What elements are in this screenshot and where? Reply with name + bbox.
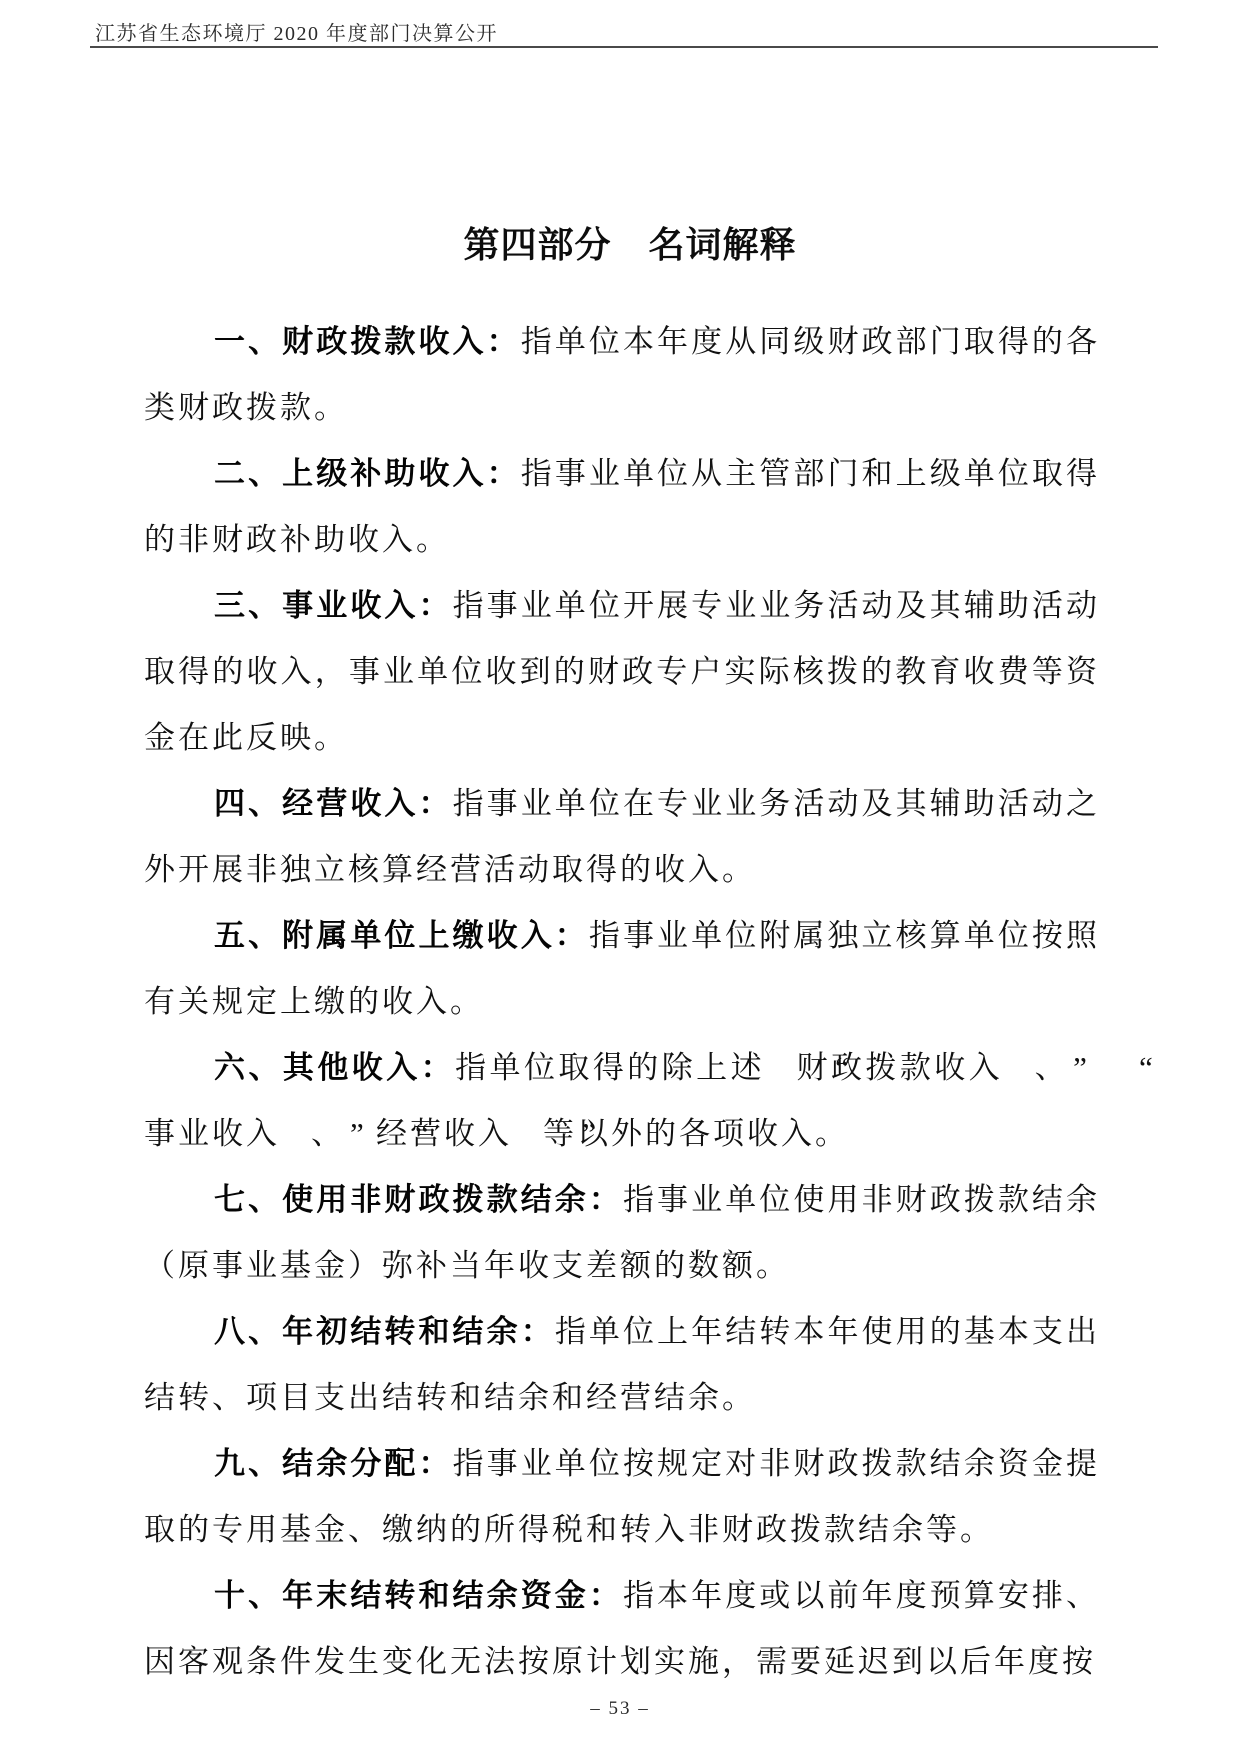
- definition-paragraph: 二、上级补助收入：指事业单位从主管部门和上级单位取得的非财政补助收入。: [144, 441, 1100, 573]
- definition-paragraph: 一、财政拨款收入：指单位本年度从同级财政部门取得的各类财政拨款。: [144, 309, 1100, 441]
- definition-term: 六、其他收入：: [214, 1050, 455, 1085]
- definition-paragraph: 八、年初结转和结余：指单位上年结转本年使用的基本支出结转、项目支出结转和结余和经…: [144, 1299, 1100, 1431]
- definition-term: 八、年初结转和结余：: [214, 1314, 555, 1349]
- definition-paragraph: 五、附属单位上缴收入：指事业单位附属独立核算单位按照有关规定上缴的收入。: [144, 903, 1100, 1035]
- definition-paragraph: 三、事业收入：指事业单位开展专业业务活动及其辅助活动取得的收入，事业单位收到的财…: [144, 573, 1100, 771]
- section-title: 第四部分 名词解释: [10, 221, 1240, 269]
- definition-paragraph: 四、经营收入：指事业单位在专业业务活动及其辅助活动之外开展非独立核算经营活动取得…: [144, 771, 1100, 903]
- definition-term: 一、财政拨款收入：: [214, 324, 521, 359]
- document-page: { "header": { "text": "江苏省生态环境厅 2020 年度部…: [0, 0, 1240, 1753]
- fullwidth-quote: ”: [1003, 1035, 1034, 1101]
- header-rule: [90, 46, 1158, 48]
- fullwidth-quote: “: [765, 1035, 796, 1101]
- definition-paragraph: 九、结余分配：指事业单位按规定对非财政拨款结余资金提取的专用基金、缴纳的所得税和…: [144, 1431, 1100, 1563]
- fullwidth-quote: ”: [280, 1101, 311, 1167]
- definition-paragraph: 十、年末结转和结余资金：指本年度或以前年度预算安排、因客观条件发生变化无法按原计…: [144, 1563, 1100, 1695]
- fullwidth-quote: ”: [512, 1101, 543, 1167]
- fullwidth-quote: “: [1069, 1035, 1100, 1101]
- page-number: – 53 –: [0, 1698, 1240, 1720]
- definition-paragraph: 七、使用非财政拨款结余：指事业单位使用非财政拨款结余（原事业基金）弥补当年收支差…: [144, 1167, 1100, 1299]
- definition-term: 四、经营收入：: [214, 786, 453, 821]
- running-header: 江苏省生态环境厅 2020 年度部门决算公开: [95, 17, 498, 46]
- definition-term: 十、年末结转和结余资金：: [214, 1578, 623, 1613]
- definition-term: 九、结余分配：: [214, 1446, 453, 1481]
- definition-term: 二、上级补助收入：: [214, 456, 521, 491]
- definition-term: 七、使用非财政拨款结余：: [214, 1182, 623, 1217]
- definition-term: 三、事业收入：: [214, 588, 453, 623]
- definition-term: 五、附属单位上缴收入：: [214, 918, 589, 953]
- definition-paragraph: 六、其他收入：指单位取得的除上述“财政拨款收入”、“事业收入”、“经营收入”等以…: [144, 1035, 1100, 1167]
- fullwidth-quote: “: [345, 1101, 376, 1167]
- definitions-list: 一、财政拨款收入：指单位本年度从同级财政部门取得的各类财政拨款。二、上级补助收入…: [144, 309, 1100, 1695]
